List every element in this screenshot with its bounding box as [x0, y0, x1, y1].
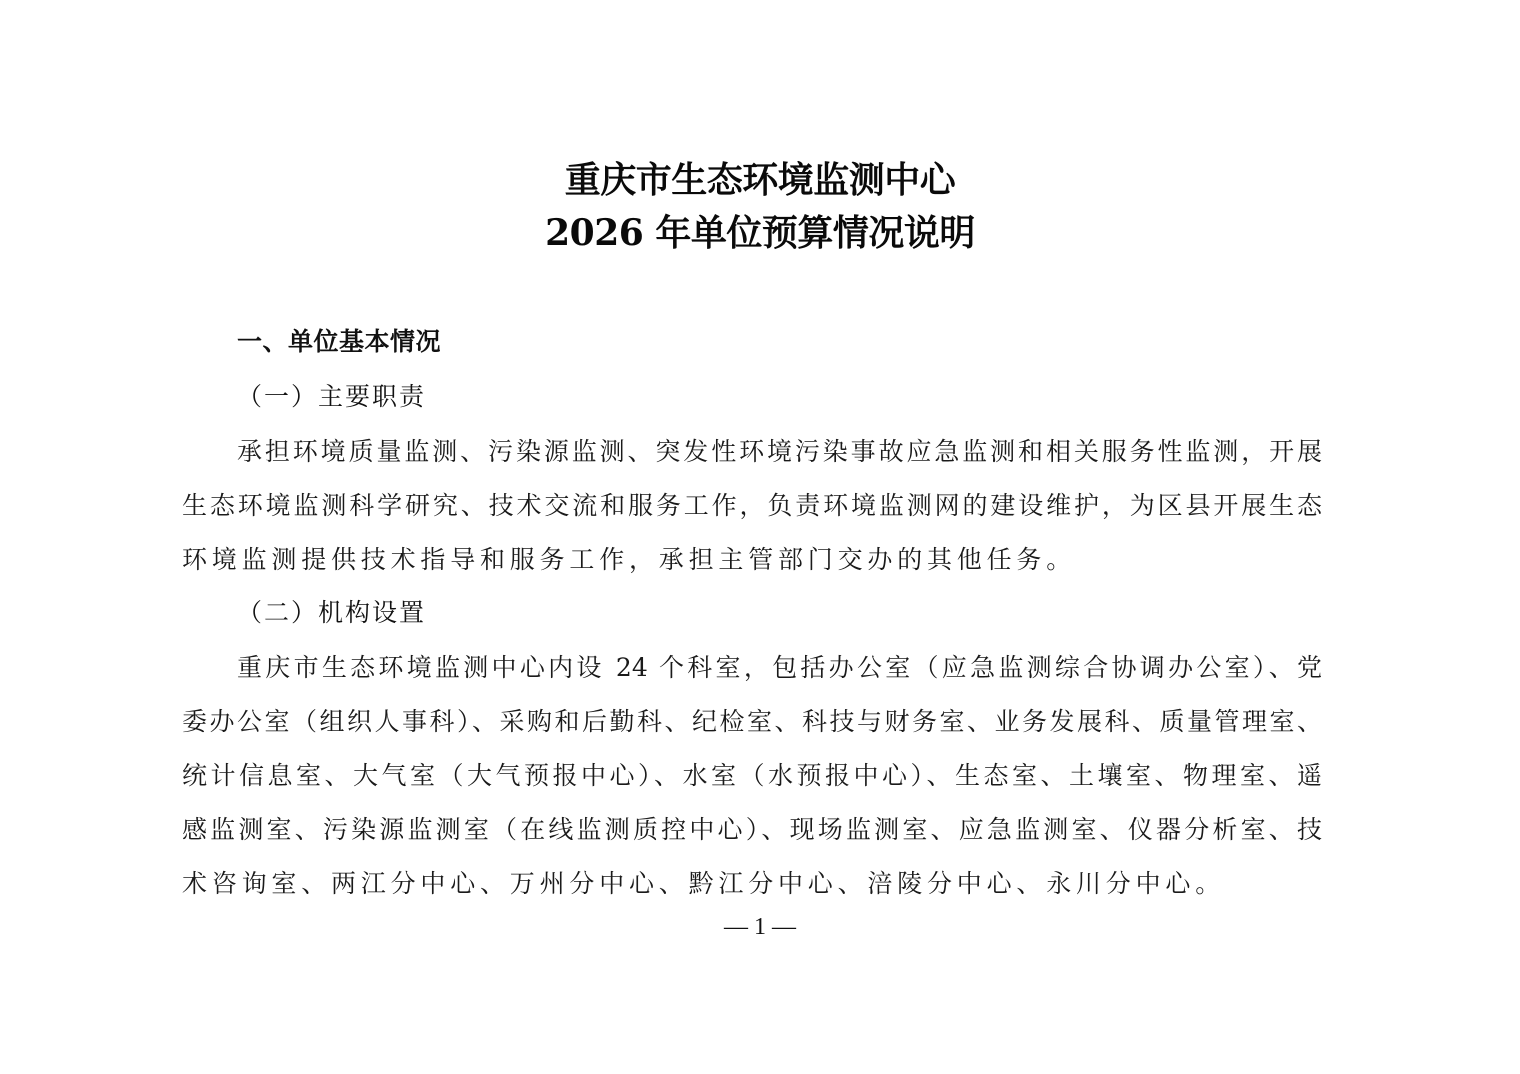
- subsection-heading-duties: （一）主要职责: [237, 377, 426, 413]
- page-number: — 1 —: [0, 914, 1520, 941]
- document-title-line1: 重庆市生态环境监测中心: [0, 152, 1520, 203]
- document-page: 重庆市生态环境监测中心 2026 年单位预算情况说明 一、单位基本情况 （一）主…: [0, 0, 1520, 1074]
- paragraph-line: 承担环境质量监测、污染源监测、突发性环境污染事故应急监测和相关服务性监测，开展: [237, 432, 1322, 468]
- paragraph-line: 委办公室（组织人事科）、采购和后勤科、纪检室、科技与财务室、业务发展科、质量管理…: [182, 702, 1322, 738]
- paragraph-line: 生态环境监测科学研究、技术交流和服务工作，负责环境监测网的建设维护，为区县开展生…: [182, 486, 1322, 522]
- subsection-heading-organization: （二）机构设置: [237, 593, 426, 629]
- document-title-line2: 2026 年单位预算情况说明: [0, 205, 1520, 256]
- paragraph-line: 术咨询室、两江分中心、万州分中心、黔江分中心、涪陵分中心、永川分中心。: [182, 864, 1322, 900]
- section-heading-basic-info: 一、单位基本情况: [237, 322, 441, 358]
- paragraph-line: 感监测室、污染源监测室（在线监测质控中心）、现场监测室、应急监测室、仪器分析室、…: [182, 810, 1322, 846]
- paragraph-line: 环境监测提供技术指导和服务工作，承担主管部门交办的其他任务。: [182, 540, 1322, 576]
- paragraph-line: 统计信息室、大气室（大气预报中心）、水室（水预报中心）、生态室、土壤室、物理室、…: [182, 756, 1322, 792]
- paragraph-line: 重庆市生态环境监测中心内设 24 个科室，包括办公室（应急监测综合协调办公室）、…: [237, 648, 1322, 684]
